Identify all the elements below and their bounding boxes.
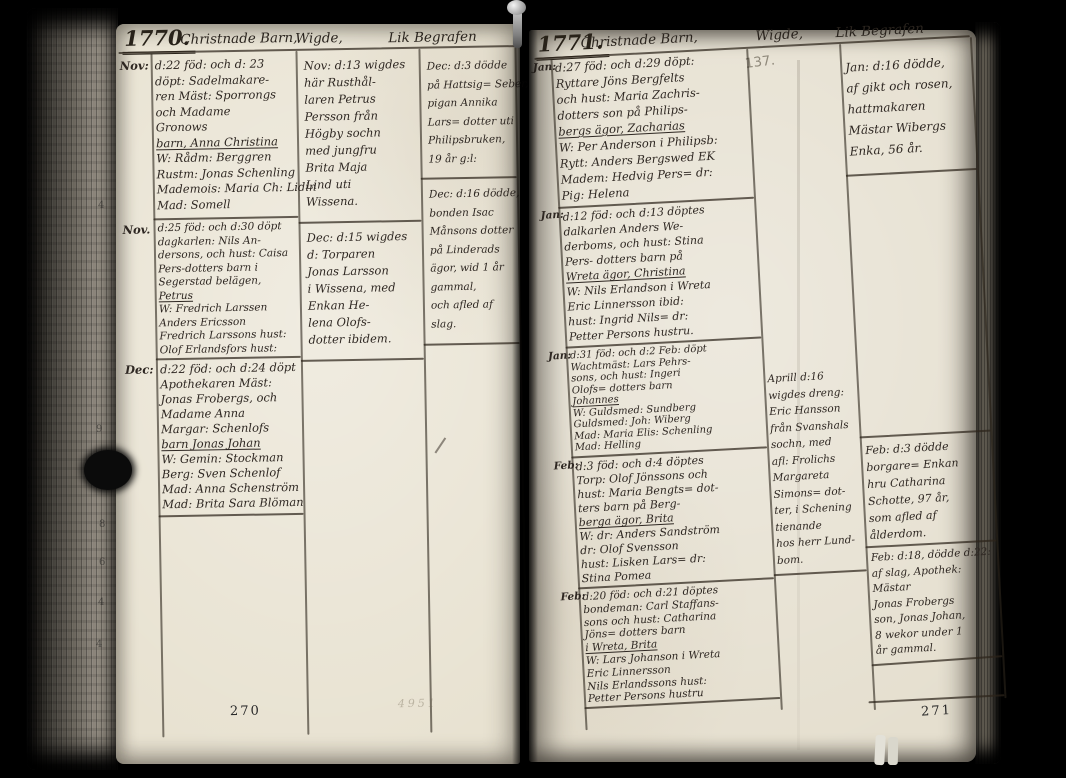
- book-clasp-knob: [507, 0, 526, 15]
- margin-digit: 4: [96, 639, 102, 650]
- ledger-page-right: 1771. Christnade Barn, Wigde, Lik Begraf…: [529, 30, 976, 762]
- archive-stamp-number: 4951: [398, 697, 438, 711]
- birth-record-entry: d:25 föd: och d:30 döptdagkarlen: Nils A…: [157, 220, 299, 357]
- margin-digit: 4: [98, 597, 104, 608]
- birth-record-entry: d:3 föd: och d:4 döptesTorp: Olof Jönsso…: [575, 451, 769, 587]
- marriage-record-entry: Aprill d:16wigdes dreng:Eric Hanssonfrån…: [767, 367, 863, 569]
- page-edge-texture-left: [26, 8, 118, 770]
- entry-separator-line: [159, 513, 304, 518]
- margin-digit: 8: [99, 519, 105, 530]
- column-header-marriages: Wigde,: [755, 26, 803, 44]
- birth-record-entry: d:20 föd: och d:21 döptesbondeman: Carl …: [582, 581, 776, 706]
- margin-digit: 4: [98, 200, 104, 211]
- stray-ink-mark: [435, 437, 447, 453]
- birth-record-entry: d:22 föd: och d:24 döptApothekaren Mäst:…: [160, 360, 303, 512]
- ink-blot: [84, 450, 132, 490]
- burial-record-entry: Dec: d:3 döddepå Hattsig= Seber,pigan An…: [427, 56, 517, 169]
- marriage-record-entry: Dec: d:15 wigdesd: TorparenJonas Larsson…: [307, 228, 421, 349]
- burial-record-entry: Feb: d:3 döddeborgare= Enkanhru Catharin…: [865, 436, 994, 544]
- month-label: Jan:: [548, 349, 572, 362]
- entry-separator-line: [846, 168, 977, 177]
- month-label: Dec:: [125, 362, 154, 376]
- ledger-page-left-content: 1770. Christnade Barn, Wigde, Lik Begraf…: [118, 19, 531, 762]
- column-header-marriages: Wigde,: [295, 30, 343, 47]
- burial-record-entry: Jan: d:16 dödde,af gikt och rosen,hattma…: [845, 51, 974, 162]
- archival-book-scan: 4 9 5 8 6 4 4 1770. Christnade Barn, Wig…: [0, 0, 1066, 778]
- ledger-page-left: 1770. Christnade Barn, Wigde, Lik Begraf…: [116, 24, 520, 764]
- birth-record-entry: d:31 föd: och d:2 Feb: döptWachtmäst: La…: [570, 341, 763, 454]
- month-label: Nov.: [122, 222, 150, 236]
- ledger-page-right-content: 1771. Christnade Barn, Wigde, Lik Begraf…: [533, 9, 1010, 759]
- book-clasp: [505, 0, 529, 50]
- margin-digit: 6: [99, 557, 105, 568]
- burial-record-entry: Feb: d:18, dödde d:22:af slag, Apothek:M…: [871, 545, 1001, 660]
- entry-separator-line: [301, 358, 424, 362]
- column-header-births: Christnade Barn,: [180, 30, 297, 48]
- footer-rule-line: [868, 694, 1004, 703]
- page-number-right: 271: [921, 703, 953, 720]
- entry-separator-line: [421, 176, 517, 180]
- month-label: Jan:: [540, 209, 564, 222]
- month-label: Nov:: [120, 58, 149, 73]
- page-marker-tab: [874, 735, 886, 765]
- column-header-burials: Lik Begrafen: [388, 29, 477, 47]
- entry-separator-line: [424, 342, 520, 346]
- page-marker-tab: [888, 737, 898, 765]
- birth-record-entry: d:27 föd: och d:29 döpt:Ryttare Jöns Ber…: [554, 50, 749, 204]
- entry-separator-line: [298, 220, 421, 224]
- marriage-record-entry: Nov: d:13 wigdeshär Rusthål-laren Petrus…: [304, 56, 419, 211]
- birth-record-entry: d:22 föd: och d: 23döpt: Sadelmakare-ren…: [155, 56, 298, 213]
- book-gutter-shadow: [512, 20, 538, 768]
- margin-digit: 9: [96, 424, 102, 435]
- birth-record-entry: d:12 föd: och d:13 döptesdalkarlen Ander…: [562, 200, 757, 345]
- page-number-left: 270: [230, 704, 261, 720]
- burial-record-entry: Dec: d:16 dödde,bonden IsacMånsons dotte…: [429, 184, 520, 334]
- entry-separator-line: [774, 569, 867, 576]
